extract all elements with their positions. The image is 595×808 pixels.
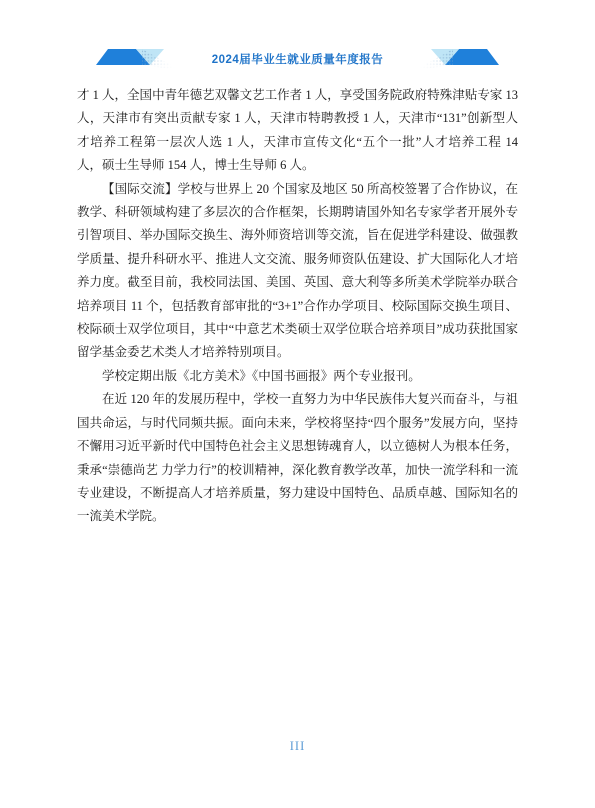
page-number: III	[290, 739, 306, 753]
document-body: 才 1 人，全国中青年德艺双馨文艺工作者 1 人，享受国务院政府特殊津贴专家 1…	[77, 84, 518, 529]
header-right-ribbon-icon	[409, 47, 499, 71]
report-title: 2024届毕业生就业质量年度报告	[212, 51, 384, 67]
report-page: 2024届毕业生就业质量年度报告 才 1 人，全国中青年德艺双馨文艺工作者 1 …	[0, 0, 595, 808]
body-paragraph-4: 在近 120 年的发展历程中，学校一直努力为中华民族伟大复兴而奋斗，与祖国共命运…	[77, 388, 518, 528]
page-footer: III	[0, 737, 595, 755]
body-paragraph-3: 学校定期出版《北方美术》《中国书画报》两个专业报刊。	[77, 365, 518, 388]
body-paragraph-1: 才 1 人，全国中青年德艺双馨文艺工作者 1 人，享受国务院政府特殊津贴专家 1…	[77, 84, 518, 178]
body-paragraph-2: 【国际交流】学校与世界上 20 个国家及地区 50 所高校签署了合作协议，在教学…	[77, 178, 518, 365]
page-header: 2024届毕业生就业质量年度报告	[0, 46, 595, 72]
header-left-ribbon-icon	[96, 47, 186, 71]
